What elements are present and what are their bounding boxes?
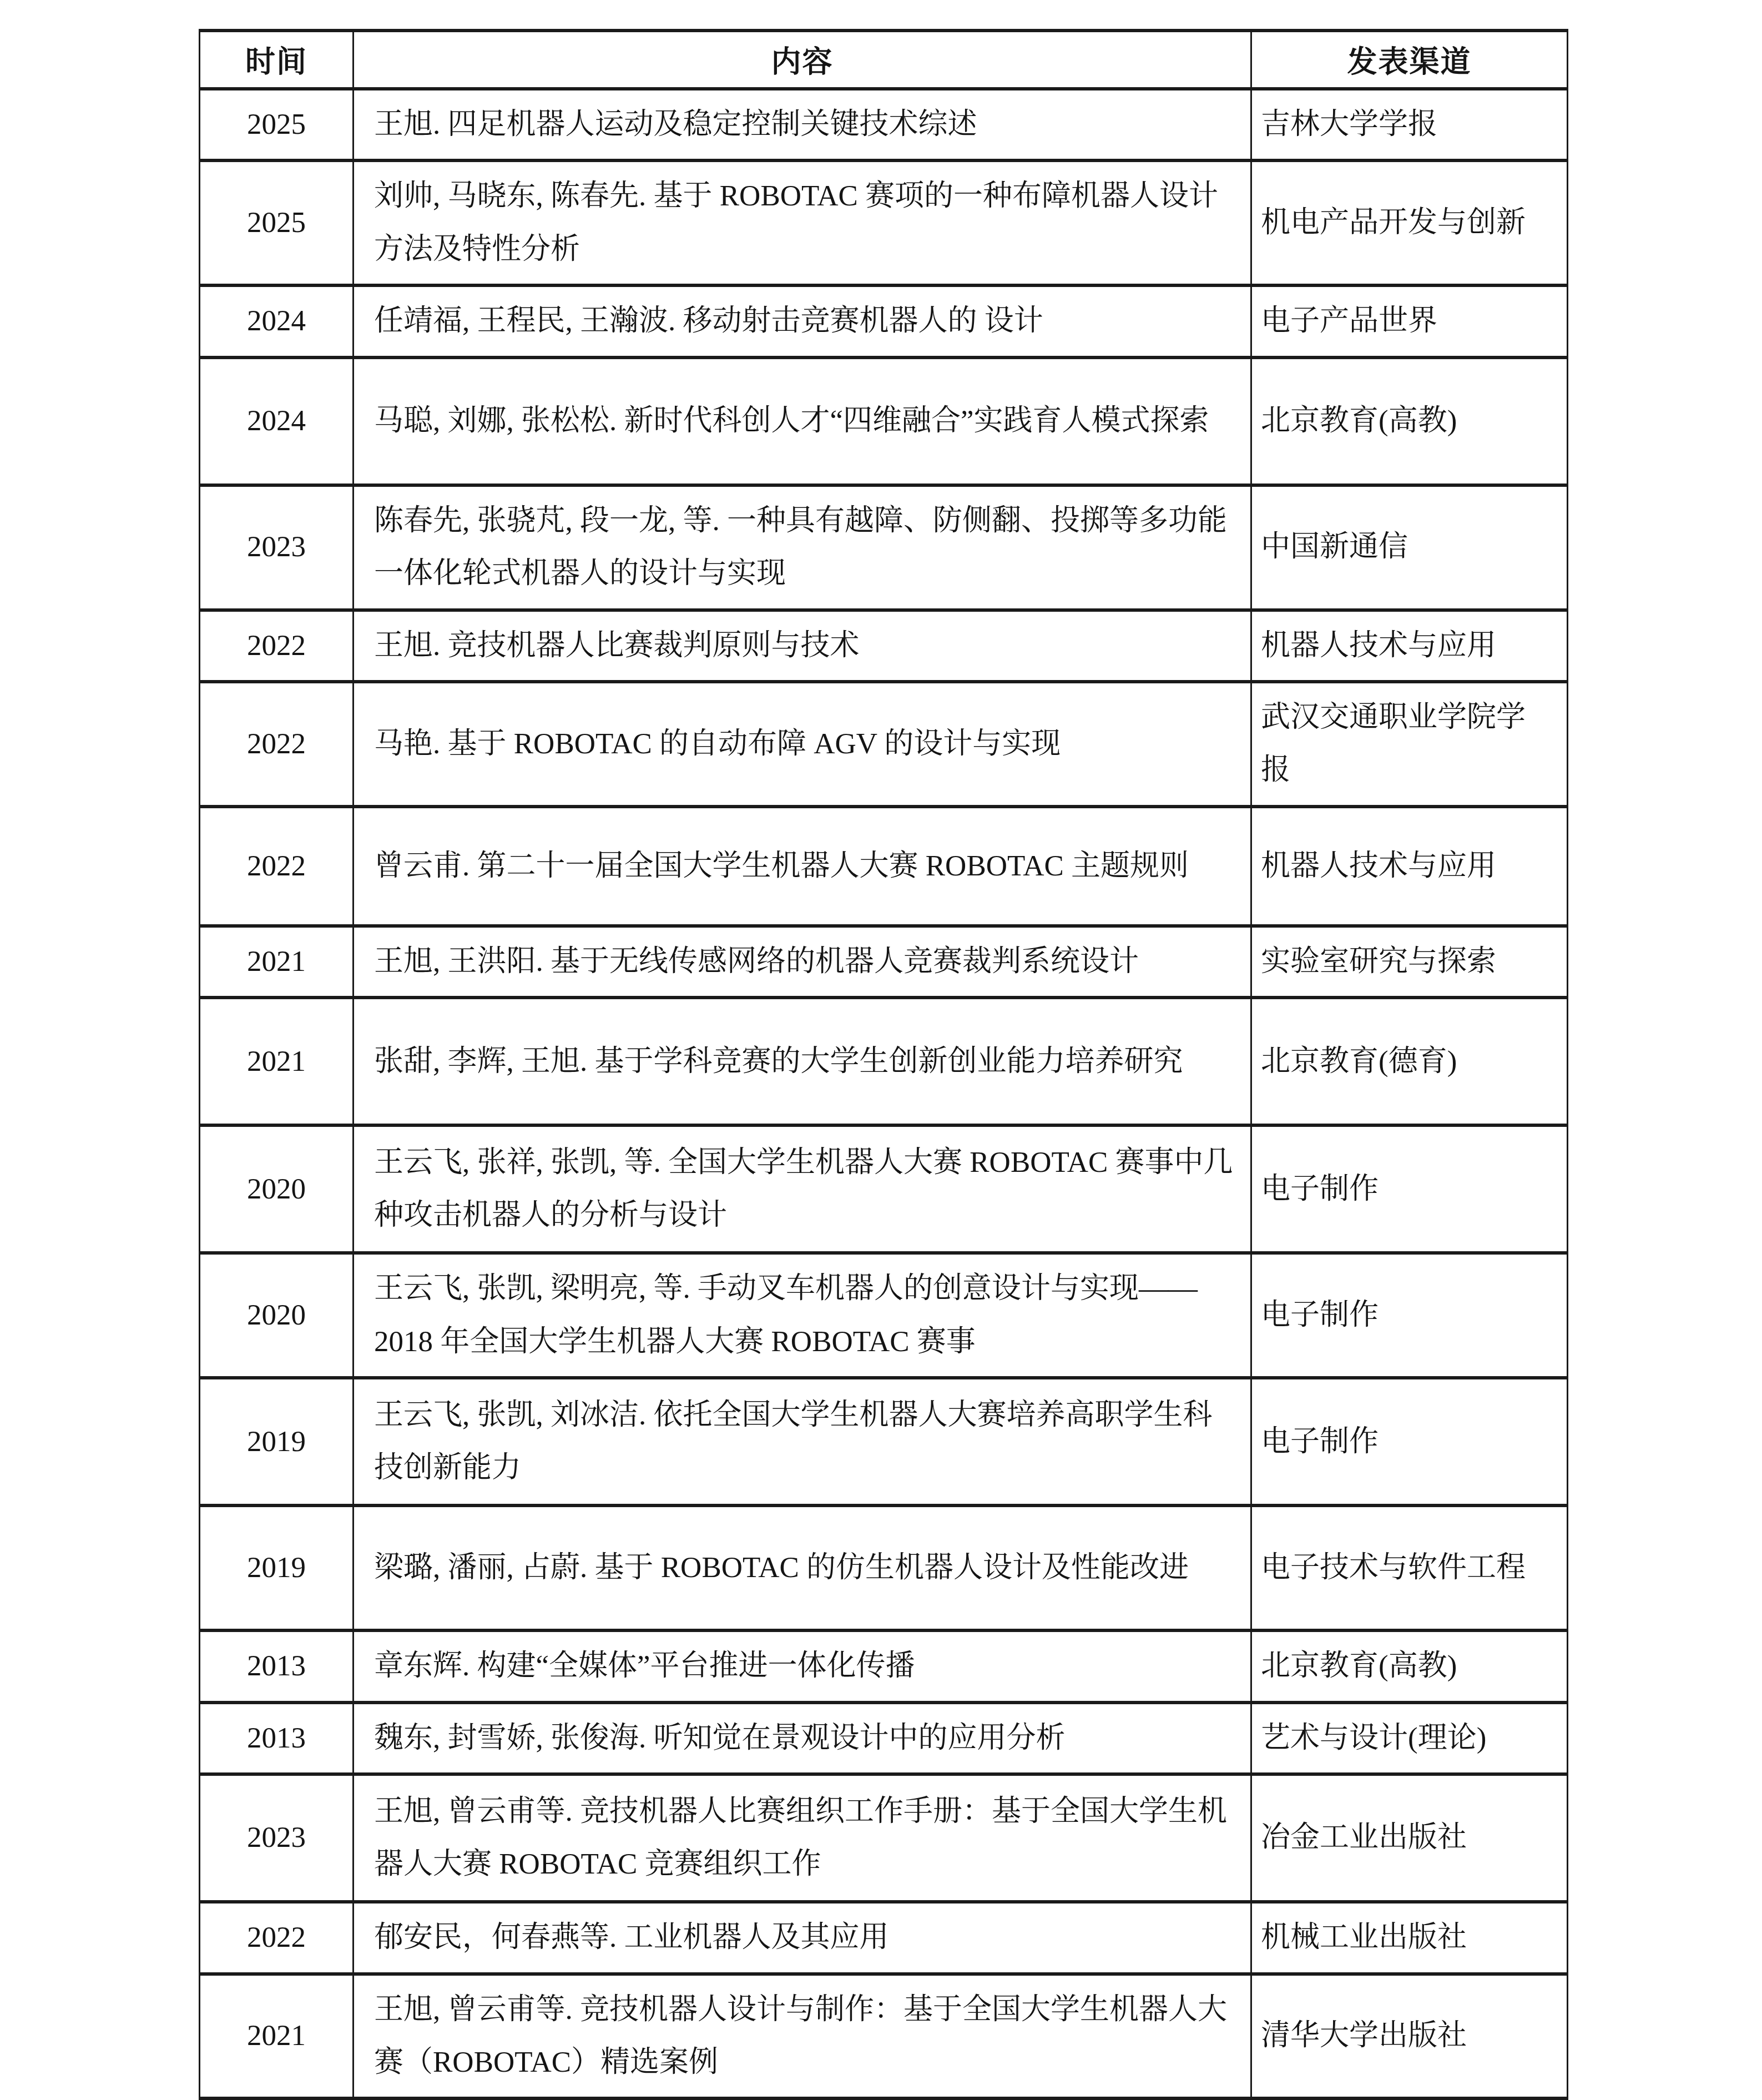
table-row: 2024马聪, 刘娜, 张松松. 新时代科创人才“四维融合”实践育人模式探索北京… bbox=[200, 357, 1568, 485]
table-row: 2020王云飞, 张祥, 张凯, 等. 全国大学生机器人大赛 ROBOTAC 赛… bbox=[200, 1125, 1568, 1253]
cell-channel: 电子制作 bbox=[1251, 1125, 1568, 1253]
cell-channel: 北京教育(德育) bbox=[1251, 998, 1568, 1125]
table-row: 2023王旭, 曾云甫等. 竞技机器人比赛组织工作手册：基于全国大学生机器人大赛… bbox=[200, 1774, 1568, 1902]
cell-content: 王云飞, 张凯, 梁明亮, 等. 手动叉车机器人的创意设计与实现——2018 年… bbox=[354, 1253, 1251, 1378]
cell-year: 2025 bbox=[200, 160, 354, 285]
cell-year: 2013 bbox=[200, 1703, 354, 1774]
cell-year: 2021 bbox=[200, 926, 354, 998]
table-row: 2022王旭. 竞技机器人比赛裁判原则与技术机器人技术与应用 bbox=[200, 610, 1568, 682]
cell-year: 2021 bbox=[200, 998, 354, 1125]
cell-content: 章东辉. 构建“全媒体”平台推进一体化传播 bbox=[354, 1630, 1251, 1702]
cell-content: 王旭, 王洪阳. 基于无线传感网络的机器人竞赛裁判系统设计 bbox=[354, 926, 1251, 998]
cell-content: 陈春先, 张骁芃, 段一龙, 等. 一种具有越障、防侧翻、投掷等多功能一体化轮式… bbox=[354, 485, 1251, 610]
cell-content: 王旭, 曾云甫等. 竞技机器人比赛组织工作手册：基于全国大学生机器人大赛 ROB… bbox=[354, 1774, 1251, 1902]
cell-year: 2022 bbox=[200, 682, 354, 807]
cell-channel: 电子产品世界 bbox=[1251, 285, 1568, 357]
cell-channel: 电子制作 bbox=[1251, 1253, 1568, 1378]
cell-channel: 机电产品开发与创新 bbox=[1251, 160, 1568, 285]
cell-channel: 中国新通信 bbox=[1251, 485, 1568, 610]
cell-content: 魏东, 封雪娇, 张俊海. 听知觉在景观设计中的应用分析 bbox=[354, 1703, 1251, 1774]
cell-channel: 艺术与设计(理论) bbox=[1251, 1703, 1568, 1774]
cell-content: 张甜, 李辉, 王旭. 基于学科竞赛的大学生创新创业能力培养研究 bbox=[354, 998, 1251, 1125]
cell-channel: 北京教育(高教) bbox=[1251, 1630, 1568, 1702]
cell-year: 2022 bbox=[200, 807, 354, 926]
table-row: 2021王旭, 曾云甫等. 竞技机器人设计与制作：基于全国大学生机器人大赛（RO… bbox=[200, 1974, 1568, 2069]
column-header-channel: 发表渠道 bbox=[1251, 31, 1568, 89]
cell-channel: 北京教育(高教) bbox=[1251, 357, 1568, 485]
cell-year: 2023 bbox=[200, 485, 354, 610]
cell-year: 2022 bbox=[200, 610, 354, 682]
cell-channel: 电子技术与软件工程 bbox=[1251, 1505, 1568, 1630]
cell-channel: 电子制作 bbox=[1251, 1378, 1568, 1505]
cell-channel: 实验室研究与探索 bbox=[1251, 926, 1568, 998]
cell-content: 刘帅, 马晓东, 陈春先. 基于 ROBOTAC 赛项的一种布障机器人设计方法及… bbox=[354, 160, 1251, 285]
table-row: 2019王云飞, 张凯, 刘冰洁. 依托全国大学生机器人大赛培养高职学生科技创新… bbox=[200, 1378, 1568, 1505]
cell-channel: 机器人技术与应用 bbox=[1251, 610, 1568, 682]
cell-channel: 武汉交通职业学院学报 bbox=[1251, 682, 1568, 807]
cell-content: 马聪, 刘娜, 张松松. 新时代科创人才“四维融合”实践育人模式探索 bbox=[354, 357, 1251, 485]
table-row: 2021王旭, 王洪阳. 基于无线传感网络的机器人竞赛裁判系统设计实验室研究与探… bbox=[200, 926, 1568, 998]
cell-content: 王云飞, 张祥, 张凯, 等. 全国大学生机器人大赛 ROBOTAC 赛事中几种… bbox=[354, 1125, 1251, 1253]
table-row: 2022马艳. 基于 ROBOTAC 的自动布障 AGV 的设计与实现武汉交通职… bbox=[200, 682, 1568, 807]
cell-content: 任靖福, 王程民, 王瀚波. 移动射击竞赛机器人的 设计 bbox=[354, 285, 1251, 357]
cell-channel: 清华大学出版社 bbox=[1251, 1974, 1568, 2069]
column-header-content: 内容 bbox=[354, 31, 1251, 89]
table-row: 2019梁璐, 潘丽, 占蔚. 基于 ROBOTAC 的仿生机器人设计及性能改进… bbox=[200, 1505, 1568, 1630]
cell-channel: 机械工业出版社 bbox=[1251, 1902, 1568, 1973]
cell-channel: 冶金工业出版社 bbox=[1251, 1774, 1568, 1902]
column-header-time: 时间 bbox=[200, 31, 354, 89]
cell-year: 2021 bbox=[200, 1974, 354, 2069]
cell-content: 梁璐, 潘丽, 占蔚. 基于 ROBOTAC 的仿生机器人设计及性能改进 bbox=[354, 1505, 1251, 1630]
table-row: 2021张甜, 李辉, 王旭. 基于学科竞赛的大学生创新创业能力培养研究北京教育… bbox=[200, 998, 1568, 1125]
cell-year: 2024 bbox=[200, 285, 354, 357]
cell-year: 2022 bbox=[200, 1902, 354, 1973]
cell-year: 2019 bbox=[200, 1378, 354, 1505]
cell-content: 王云飞, 张凯, 刘冰洁. 依托全国大学生机器人大赛培养高职学生科技创新能力 bbox=[354, 1378, 1251, 1505]
cell-year: 2020 bbox=[200, 1253, 354, 1378]
cell-channel: 机器人技术与应用 bbox=[1251, 807, 1568, 926]
cell-content: 郁安民，何春燕等. 工业机器人及其应用 bbox=[354, 1902, 1251, 1973]
cell-year: 2024 bbox=[200, 357, 354, 485]
table-row: 2025王旭. 四足机器人运动及稳定控制关键技术综述吉林大学学报 bbox=[200, 89, 1568, 160]
cell-year: 2019 bbox=[200, 1505, 354, 1630]
table-row: 2020王云飞, 张凯, 梁明亮, 等. 手动叉车机器人的创意设计与实现——20… bbox=[200, 1253, 1568, 1378]
table-row: 2013魏东, 封雪娇, 张俊海. 听知觉在景观设计中的应用分析艺术与设计(理论… bbox=[200, 1703, 1568, 1774]
table-row: 2023陈春先, 张骁芃, 段一龙, 等. 一种具有越障、防侧翻、投掷等多功能一… bbox=[200, 485, 1568, 610]
cell-content: 王旭, 曾云甫等. 竞技机器人设计与制作：基于全国大学生机器人大赛（ROBOTA… bbox=[354, 1974, 1251, 2069]
publications-table: 时间 内容 发表渠道 2025王旭. 四足机器人运动及稳定控制关键技术综述吉林大… bbox=[199, 29, 1568, 2069]
table-row: 2022曾云甫. 第二十一届全国大学生机器人大赛 ROBOTAC 主题规则机器人… bbox=[200, 807, 1568, 926]
cell-content: 王旭. 竞技机器人比赛裁判原则与技术 bbox=[354, 610, 1251, 682]
cell-channel: 吉林大学学报 bbox=[1251, 89, 1568, 160]
table-body: 2025王旭. 四足机器人运动及稳定控制关键技术综述吉林大学学报2025刘帅, … bbox=[200, 89, 1568, 2069]
document-page: 时间 内容 发表渠道 2025王旭. 四足机器人运动及稳定控制关键技术综述吉林大… bbox=[199, 29, 1567, 2069]
cell-year: 2013 bbox=[200, 1630, 354, 1702]
table-header-row: 时间 内容 发表渠道 bbox=[200, 31, 1568, 89]
table-row: 2013章东辉. 构建“全媒体”平台推进一体化传播北京教育(高教) bbox=[200, 1630, 1568, 1702]
table-row: 2025刘帅, 马晓东, 陈春先. 基于 ROBOTAC 赛项的一种布障机器人设… bbox=[200, 160, 1568, 285]
cell-year: 2025 bbox=[200, 89, 354, 160]
cell-content: 曾云甫. 第二十一届全国大学生机器人大赛 ROBOTAC 主题规则 bbox=[354, 807, 1251, 926]
cell-year: 2020 bbox=[200, 1125, 354, 1253]
table-row: 2022郁安民，何春燕等. 工业机器人及其应用机械工业出版社 bbox=[200, 1902, 1568, 1973]
cell-content: 马艳. 基于 ROBOTAC 的自动布障 AGV 的设计与实现 bbox=[354, 682, 1251, 807]
table-row: 2024任靖福, 王程民, 王瀚波. 移动射击竞赛机器人的 设计电子产品世界 bbox=[200, 285, 1568, 357]
cell-year: 2023 bbox=[200, 1774, 354, 1902]
cell-content: 王旭. 四足机器人运动及稳定控制关键技术综述 bbox=[354, 89, 1251, 160]
